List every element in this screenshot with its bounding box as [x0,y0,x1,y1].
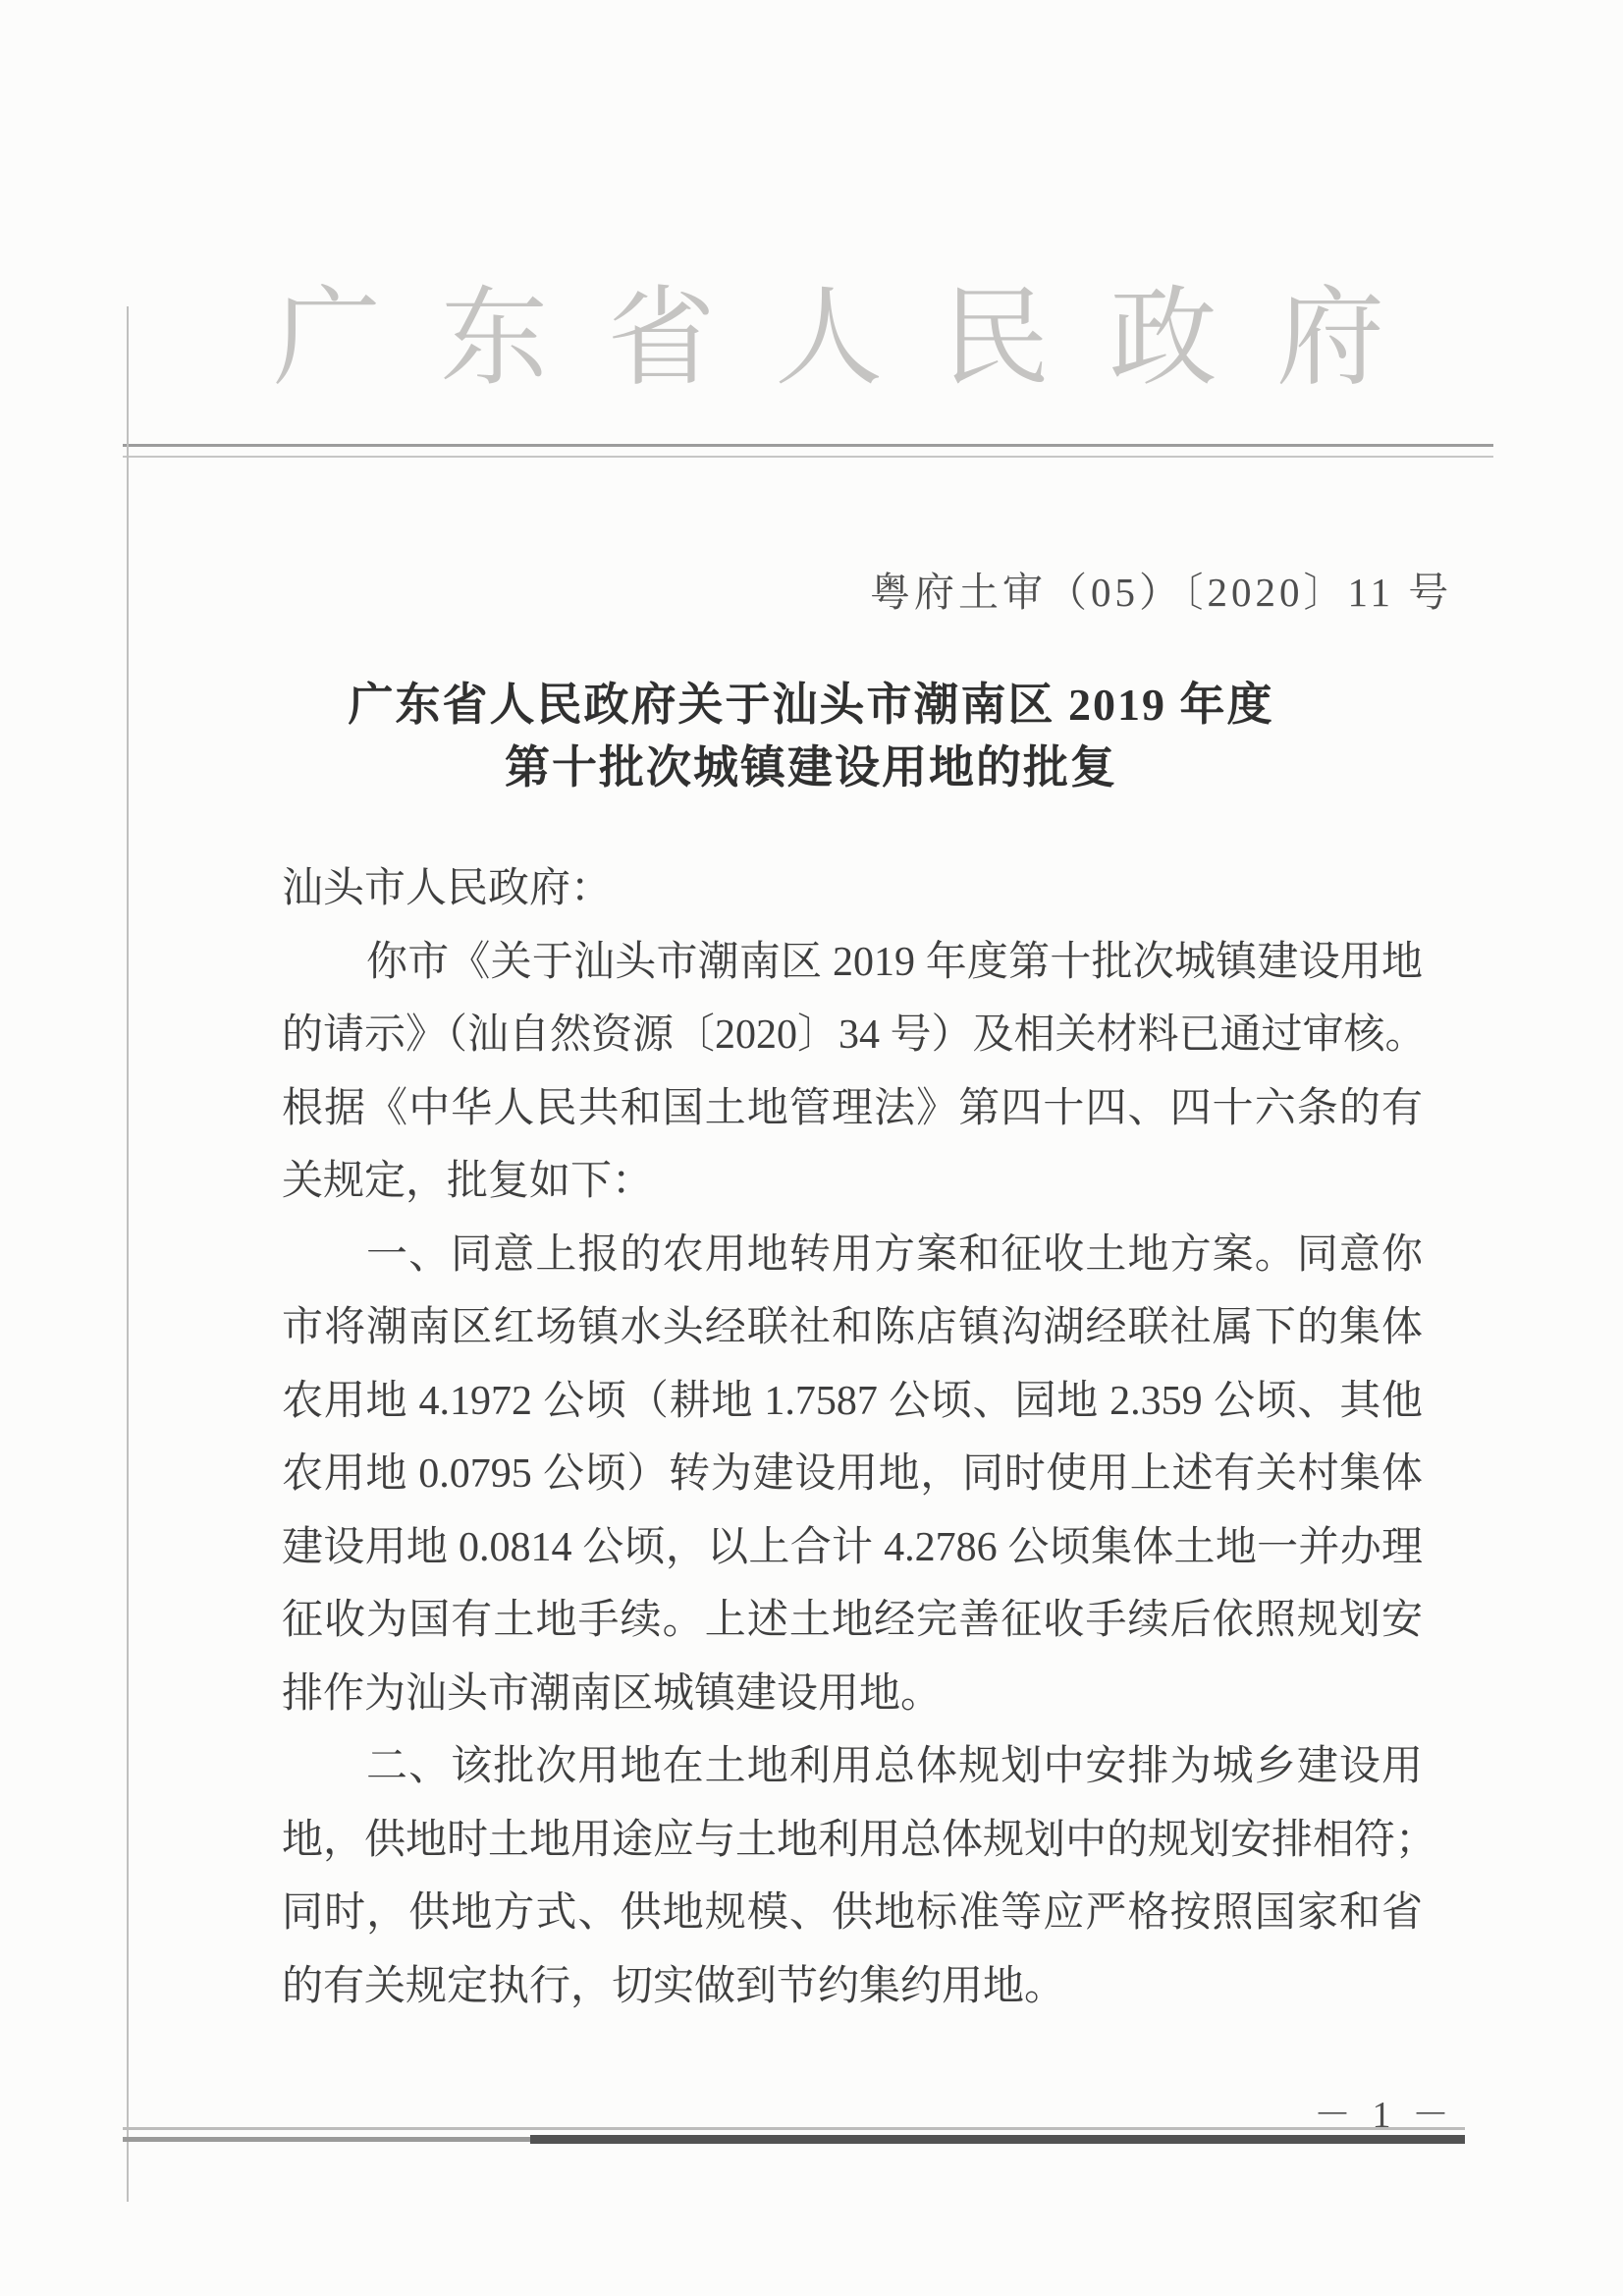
document-number: 粤府土审（05）〔2020〕11 号 [870,560,1452,618]
letterhead-char: 政 [1109,285,1217,393]
body-line: 二、该批次用地在土地利用总体规划中安排为城乡建设用 [282,1730,1423,1804]
footer-scan-line-thick [530,2135,1465,2144]
body-line: 同时，供地方式、供地规模、供地标准等应严格按照国家和省 [282,1877,1423,1950]
body-line: 的有关规定执行，切实做到节约集约用地。 [282,1950,1423,2024]
body-line: 排作为汕头市潮南区城镇建设用地。 [282,1658,1423,1731]
letterhead-divider [123,444,1493,458]
title-line-1: 广东省人民政府关于汕头市潮南区 2019 年度 [153,674,1469,737]
body-line: 的请示》（汕自然资源〔2020〕34 号）及相关材料已通过审核。 [282,999,1423,1072]
footer-scan-line-thin [123,2127,1465,2130]
body-line: 关规定，批复如下： [282,1145,1423,1219]
letterhead-char: 广 [273,285,381,393]
body-line: 征收为国有土地手续。上述土地经完善征收手续后依照规划安 [282,1584,1423,1658]
letterhead: 广 东 省 人 民 政 府 [273,285,1384,393]
title-line-2: 第十批次城镇建设用地的批复 [153,737,1469,799]
letterhead-char: 民 [942,285,1050,393]
letterhead-char: 东 [440,285,548,393]
body-line: 一、同意上报的农用地转用方案和征收土地方案。同意你 [282,1219,1423,1292]
salutation: 汕头市人民政府： [282,852,1423,926]
scan-edge-line [127,306,129,2202]
body-line: 市将潮南区红场镇水头经联社和陈店镇沟湖经联社属下的集体 [282,1291,1423,1365]
letterhead-char: 府 [1276,285,1384,393]
document-title: 广东省人民政府关于汕头市潮南区 2019 年度 第十批次城镇建设用地的批复 [153,674,1469,799]
body-line: 地，供地时土地用途应与土地利用总体规划中的规划安排相符； [282,1804,1423,1878]
letterhead-char: 省 [608,285,716,393]
body-line: 建设用地 0.0814 公顷，以上合计 4.2786 公顷集体土地一并办理 [282,1511,1423,1585]
letterhead-char: 人 [775,285,883,393]
body-line: 农用地 4.1972 公顷（耕地 1.7587 公顷、园地 2.359 公顷、其… [282,1365,1423,1439]
body-line: 你市《关于汕头市潮南区 2019 年度第十批次城镇建设用地 [282,926,1423,1000]
body-line: 根据《中华人民共和国土地管理法》第四十四、四十六条的有 [282,1072,1423,1146]
scanned-document-page: 广 东 省 人 民 政 府 粤府土审（05）〔2020〕11 号 广东省人民政府… [0,0,1623,2296]
body-line: 农用地 0.0795 公顷）转为建设用地，同时使用上述有关村集体 [282,1438,1423,1511]
document-body: 汕头市人民政府： 你市《关于汕头市潮南区 2019 年度第十批次城镇建设用地 的… [282,852,1423,2023]
footer-scan-line-mid [123,2137,533,2142]
